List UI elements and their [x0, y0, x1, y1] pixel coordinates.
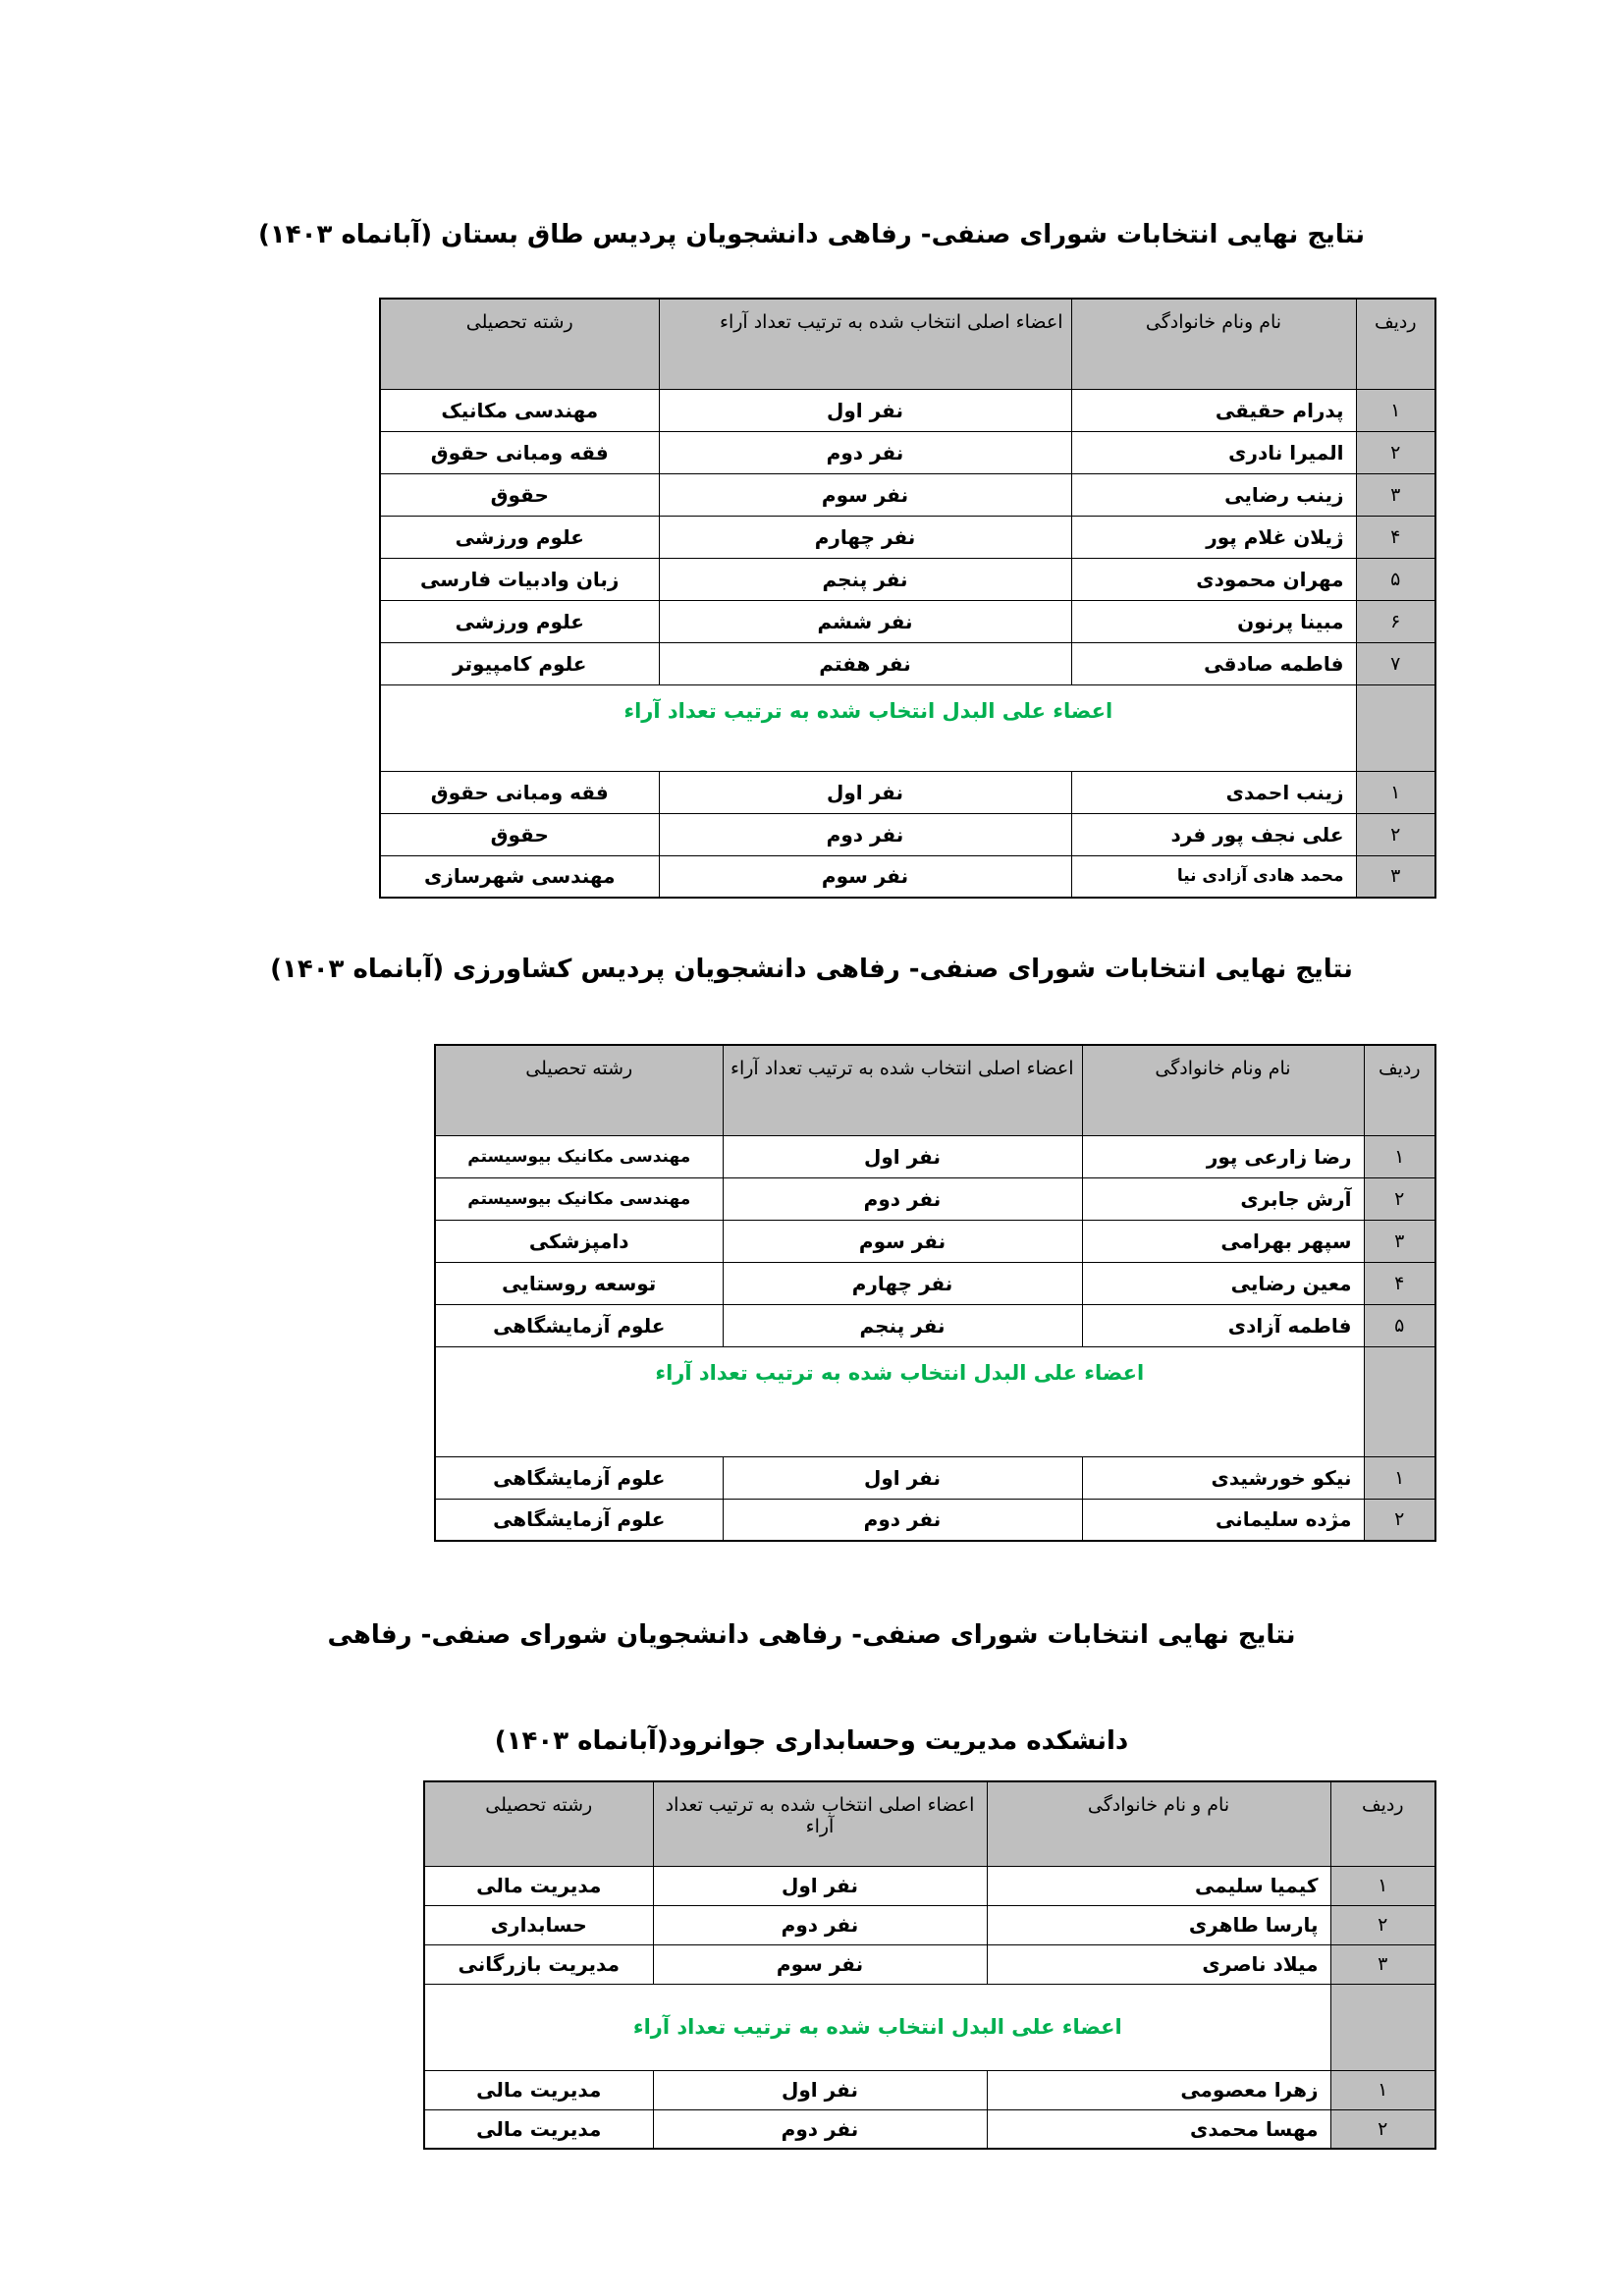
row-number-cell: ۲: [1330, 1905, 1435, 1944]
alternates-banner: اعضاء علی البدل انتخاب شده به ترتیب تعدا…: [380, 684, 1356, 771]
cell-student-name: مبینا پرنون: [1071, 600, 1356, 642]
cell-field-of-study: زبان وادبیات فارسی: [380, 558, 659, 600]
cell-elected-rank: نفر سوم: [653, 1944, 987, 1984]
row-number-cell: ۱: [1330, 2070, 1435, 2109]
table-row: ۷ فاطمه صادقی نفر هفتم علوم کامپیوتر: [380, 642, 1435, 684]
row-number-cell: ۵: [1364, 1304, 1435, 1346]
table-row: ۲ مژده سلیمانی نفر دوم علوم آزمایشگاهی: [435, 1499, 1435, 1541]
cell-field-of-study: فقه ومبانی حقوق: [380, 771, 659, 813]
table-row: ۲ المیرا نادری نفر دوم فقه ومبانی حقوق: [380, 431, 1435, 473]
table-row: ۲ آرش جابری نفر دوم مهندسی مکانیک بیوسیس…: [435, 1177, 1435, 1220]
table-header-row: ردیف نام ونام خانوادگی اعضاء اصلی انتخاب…: [380, 299, 1435, 389]
cell-student-name: پدرام حقیقی: [1071, 389, 1356, 431]
table-row: ۴ معین رضایی نفر چهارم توسعه روستایی: [435, 1262, 1435, 1304]
table-row: ۱ رضا زارعی پور نفر اول مهندسی مکانیک بی…: [435, 1135, 1435, 1177]
table-row: ۵ فاطمه آزادی نفر پنجم علوم آزمایشگاهی: [435, 1304, 1435, 1346]
results-table-agriculture: ردیف نام ونام خانوادگی اعضاء اصلی انتخاب…: [434, 1044, 1436, 1542]
cell-elected-rank: نفر اول: [653, 2070, 987, 2109]
table-row: ۳ زینب رضایی نفر سوم حقوق: [380, 473, 1435, 516]
cell-field-of-study: علوم آزمایشگاهی: [435, 1456, 723, 1499]
row-number-cell: ۶: [1356, 600, 1435, 642]
cell-student-name: مهسا محمدی: [987, 2109, 1330, 2149]
row-number-cell: ۳: [1330, 1944, 1435, 1984]
table-header-row: ردیف نام و نام خانوادگی اعضاء اصلی انتخا…: [424, 1781, 1435, 1866]
header-field-of-study: رشته تحصیلی: [424, 1781, 653, 1866]
section3-title-line2: دانشکده مدیریت وحسابداری جوانرود(آبانماه…: [0, 1726, 1623, 1756]
header-main-members: اعضاء اصلی انتخاب شده به ترتیب تعداد آرا…: [653, 1781, 987, 1866]
cell-elected-rank: نفر دوم: [723, 1499, 1082, 1541]
cell-field-of-study: علوم ورزشی: [380, 600, 659, 642]
cell-student-name: زهرا معصومی: [987, 2070, 1330, 2109]
header-field-of-study: رشته تحصیلی: [435, 1045, 723, 1135]
cell-student-name: مژده سلیمانی: [1082, 1499, 1364, 1541]
cell-student-name: علی نجف پور فرد: [1071, 813, 1356, 855]
header-row-number: ردیف: [1364, 1045, 1435, 1135]
cell-elected-rank: نفر ششم: [659, 600, 1071, 642]
cell-field-of-study: علوم آزمایشگاهی: [435, 1304, 723, 1346]
table-row: ۵ مهران محمودی نفر پنجم زبان وادبیات فار…: [380, 558, 1435, 600]
table-row: ۳ محمد هادی آزادی نیا نفر سوم مهندسی شهر…: [380, 855, 1435, 898]
cell-elected-rank: نفر اول: [659, 389, 1071, 431]
row-number-cell: ۲: [1330, 2109, 1435, 2149]
row-number-cell: ۱: [1356, 389, 1435, 431]
cell-elected-rank: نفر دوم: [723, 1177, 1082, 1220]
cell-student-name: فاطمه صادقی: [1071, 642, 1356, 684]
cell-student-name: پارسا طاهری: [987, 1905, 1330, 1944]
cell-elected-rank: نفر سوم: [659, 473, 1071, 516]
row-number-cell: ۲: [1356, 813, 1435, 855]
table-row: ۱ زهرا معصومی نفر اول مدیریت مالی: [424, 2070, 1435, 2109]
header-row-number: ردیف: [1330, 1781, 1435, 1866]
header-full-name: نام و نام خانوادگی: [987, 1781, 1330, 1866]
table-row: ۳ سپهر بهرامی نفر سوم دامپزشکی: [435, 1220, 1435, 1262]
table-header-row: ردیف نام ونام خانوادگی اعضاء اصلی انتخاب…: [435, 1045, 1435, 1135]
table-row: ۲ علی نجف پور فرد نفر دوم حقوق: [380, 813, 1435, 855]
cell-elected-rank: نفر دوم: [659, 431, 1071, 473]
cell-field-of-study: حقوق: [380, 813, 659, 855]
cell-elected-rank: نفر اول: [653, 1866, 987, 1905]
row-number-cell: ۷: [1356, 642, 1435, 684]
row-number-cell: ۱: [1364, 1135, 1435, 1177]
table-row: ۲ پارسا طاهری نفر دوم حسابداری: [424, 1905, 1435, 1944]
row-number-cell: ۳: [1356, 855, 1435, 898]
cell-student-name: مهران محمودی: [1071, 558, 1356, 600]
row-number-cell: ۵: [1356, 558, 1435, 600]
section3-title-line1: نتایج نهایی انتخابات شورای صنفی- رفاهی د…: [0, 1620, 1623, 1650]
alternates-banner-row: اعضاء علی البدل انتخاب شده به ترتیب تعدا…: [424, 1984, 1435, 2070]
cell-student-name: آرش جابری: [1082, 1177, 1364, 1220]
cell-field-of-study: مدیریت مالی: [424, 2070, 653, 2109]
cell-elected-rank: نفر اول: [723, 1135, 1082, 1177]
cell-field-of-study: حسابداری: [424, 1905, 653, 1944]
cell-field-of-study: دامپزشکی: [435, 1220, 723, 1262]
cell-field-of-study: مهندسی مکانیک بیوسیستم: [435, 1135, 723, 1177]
cell-elected-rank: نفر هفتم: [659, 642, 1071, 684]
table-row: ۱ نیکو خورشیدی نفر اول علوم آزمایشگاهی: [435, 1456, 1435, 1499]
cell-elected-rank: نفر چهارم: [723, 1262, 1082, 1304]
cell-student-name: فاطمه آزادی: [1082, 1304, 1364, 1346]
cell-student-name: معین رضایی: [1082, 1262, 1364, 1304]
alternates-banner: اعضاء علی البدل انتخاب شده به ترتیب تعدا…: [424, 1984, 1330, 2070]
table-row: ۴ ژیلان غلام پور نفر چهارم علوم ورزشی: [380, 516, 1435, 558]
cell-student-name: میلاد ناصری: [987, 1944, 1330, 1984]
header-main-members: اعضاء اصلی انتخاب شده به ترتیب تعداد آرا…: [723, 1045, 1082, 1135]
alternates-banner-row: اعضاء علی البدل انتخاب شده به ترتیب تعدا…: [380, 684, 1435, 771]
cell-student-name: ژیلان غلام پور: [1071, 516, 1356, 558]
cell-student-name: نیکو خورشیدی: [1082, 1456, 1364, 1499]
cell-student-name: رضا زارعی پور: [1082, 1135, 1364, 1177]
table-row: ۶ مبینا پرنون نفر ششم علوم ورزشی: [380, 600, 1435, 642]
table-row: ۱ زینب احمدی نفر اول فقه ومبانی حقوق: [380, 771, 1435, 813]
table-row: ۲ مهسا محمدی نفر دوم مدیریت مالی: [424, 2109, 1435, 2149]
section1-title: نتایج نهایی انتخابات شورای صنفی- رفاهی د…: [0, 220, 1623, 249]
document-page: نتایج نهایی انتخابات شورای صنفی- رفاهی د…: [0, 0, 1623, 2296]
row-number-cell: ۱: [1356, 771, 1435, 813]
results-table-taq-bostan: ردیف نام ونام خانوادگی اعضاء اصلی انتخاب…: [379, 298, 1436, 899]
cell-student-name: محمد هادی آزادی نیا: [1071, 855, 1356, 898]
header-full-name: نام ونام خانوادگی: [1082, 1045, 1364, 1135]
cell-field-of-study: فقه ومبانی حقوق: [380, 431, 659, 473]
cell-field-of-study: علوم ورزشی: [380, 516, 659, 558]
cell-student-name: المیرا نادری: [1071, 431, 1356, 473]
cell-elected-rank: نفر سوم: [723, 1220, 1082, 1262]
cell-elected-rank: نفر دوم: [653, 2109, 987, 2149]
cell-field-of-study: علوم آزمایشگاهی: [435, 1499, 723, 1541]
row-number-cell: ۱: [1364, 1456, 1435, 1499]
cell-student-name: سپهر بهرامی: [1082, 1220, 1364, 1262]
header-full-name: نام ونام خانوادگی: [1071, 299, 1356, 389]
cell-elected-rank: نفر پنجم: [659, 558, 1071, 600]
table-row: ۱ پدرام حقیقی نفر اول مهندسی مکانیک: [380, 389, 1435, 431]
cell-field-of-study: مدیریت بازرگانی: [424, 1944, 653, 1984]
cell-field-of-study: مهندسی مکانیک بیوسیستم: [435, 1177, 723, 1220]
row-number-cell: ۴: [1364, 1262, 1435, 1304]
cell-elected-rank: نفر سوم: [659, 855, 1071, 898]
cell-elected-rank: نفر دوم: [653, 1905, 987, 1944]
cell-elected-rank: نفر اول: [659, 771, 1071, 813]
cell-elected-rank: نفر پنجم: [723, 1304, 1082, 1346]
row-number-cell: [1364, 1346, 1435, 1456]
section2-title: نتایج نهایی انتخابات شورای صنفی- رفاهی د…: [0, 955, 1623, 984]
cell-field-of-study: علوم کامپیوتر: [380, 642, 659, 684]
header-row-number: ردیف: [1356, 299, 1435, 389]
cell-field-of-study: مدیریت مالی: [424, 2109, 653, 2149]
cell-field-of-study: حقوق: [380, 473, 659, 516]
alternates-banner-row: اعضاء علی البدل انتخاب شده به ترتیب تعدا…: [435, 1346, 1435, 1456]
cell-student-name: زینب رضایی: [1071, 473, 1356, 516]
row-number-cell: ۳: [1364, 1220, 1435, 1262]
row-number-cell: ۱: [1330, 1866, 1435, 1905]
row-number-cell: ۲: [1364, 1499, 1435, 1541]
cell-field-of-study: مدیریت مالی: [424, 1866, 653, 1905]
row-number-cell: ۴: [1356, 516, 1435, 558]
table-row: ۳ میلاد ناصری نفر سوم مدیریت بازرگانی: [424, 1944, 1435, 1984]
cell-student-name: زینب احمدی: [1071, 771, 1356, 813]
alternates-banner: اعضاء علی البدل انتخاب شده به ترتیب تعدا…: [435, 1346, 1364, 1456]
cell-field-of-study: مهندسی مکانیک: [380, 389, 659, 431]
header-main-members: اعضاء اصلی انتخاب شده به ترتیب تعداد آرا…: [659, 299, 1071, 389]
row-number-cell: [1330, 1984, 1435, 2070]
row-number-cell: ۲: [1364, 1177, 1435, 1220]
table-row: ۱ کیمیا سلیمی نفر اول مدیریت مالی: [424, 1866, 1435, 1905]
cell-elected-rank: نفر دوم: [659, 813, 1071, 855]
header-field-of-study: رشته تحصیلی: [380, 299, 659, 389]
cell-elected-rank: نفر اول: [723, 1456, 1082, 1499]
cell-field-of-study: توسعه روستایی: [435, 1262, 723, 1304]
row-number-cell: ۲: [1356, 431, 1435, 473]
row-number-cell: [1356, 684, 1435, 771]
row-number-cell: ۳: [1356, 473, 1435, 516]
cell-student-name: کیمیا سلیمی: [987, 1866, 1330, 1905]
results-table-management-accounting: ردیف نام و نام خانوادگی اعضاء اصلی انتخا…: [423, 1780, 1436, 2150]
cell-field-of-study: مهندسی شهرسازی: [380, 855, 659, 898]
cell-elected-rank: نفر چهارم: [659, 516, 1071, 558]
